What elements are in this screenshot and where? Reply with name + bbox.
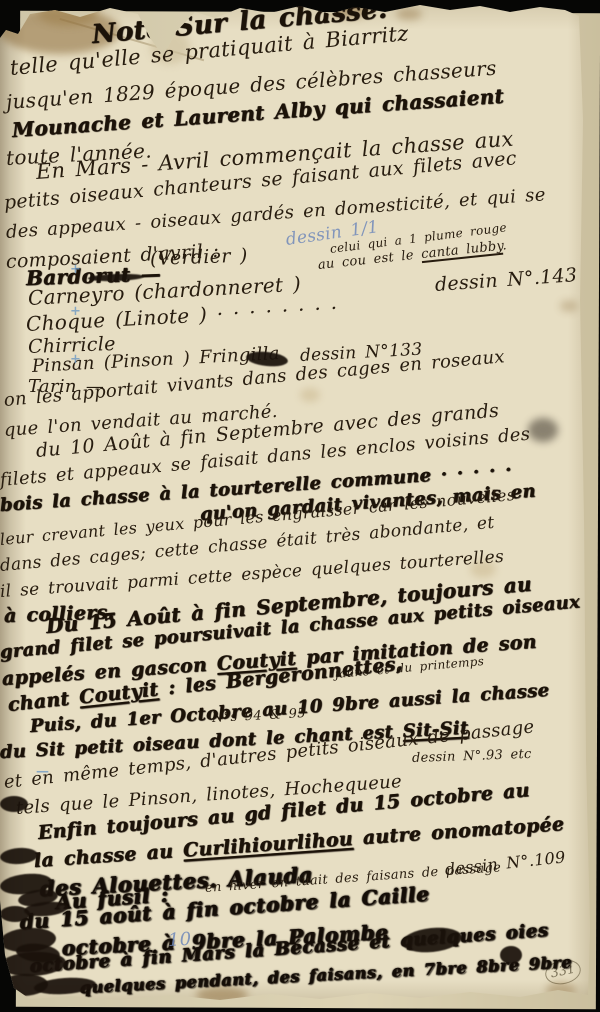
manuscript-line: dessin N°.93 etc [412, 748, 532, 765]
ink-blot [500, 946, 522, 964]
paper-stain [300, 388, 320, 402]
manuscript-page: 331 39 Note Sur la chasse.telle qu'elle … [0, 0, 592, 1002]
paper-stain [396, 8, 422, 20]
photograph-background: 331 39 Note Sur la chasse.telle qu'elle … [0, 0, 600, 1012]
pencil-margin-mark: + [70, 352, 81, 367]
ink-blot [0, 796, 28, 812]
manuscript-line: (Verdier ) [150, 247, 248, 269]
paper-stain [528, 418, 558, 442]
pencil-margin-mark: + [70, 262, 81, 277]
manuscript-line: dessin N°.143 [434, 266, 578, 295]
ink-blot [0, 847, 39, 866]
paper-stain [560, 300, 578, 312]
pencil-margin-mark: — [36, 764, 49, 779]
pencil-margin-mark: + [70, 304, 81, 319]
